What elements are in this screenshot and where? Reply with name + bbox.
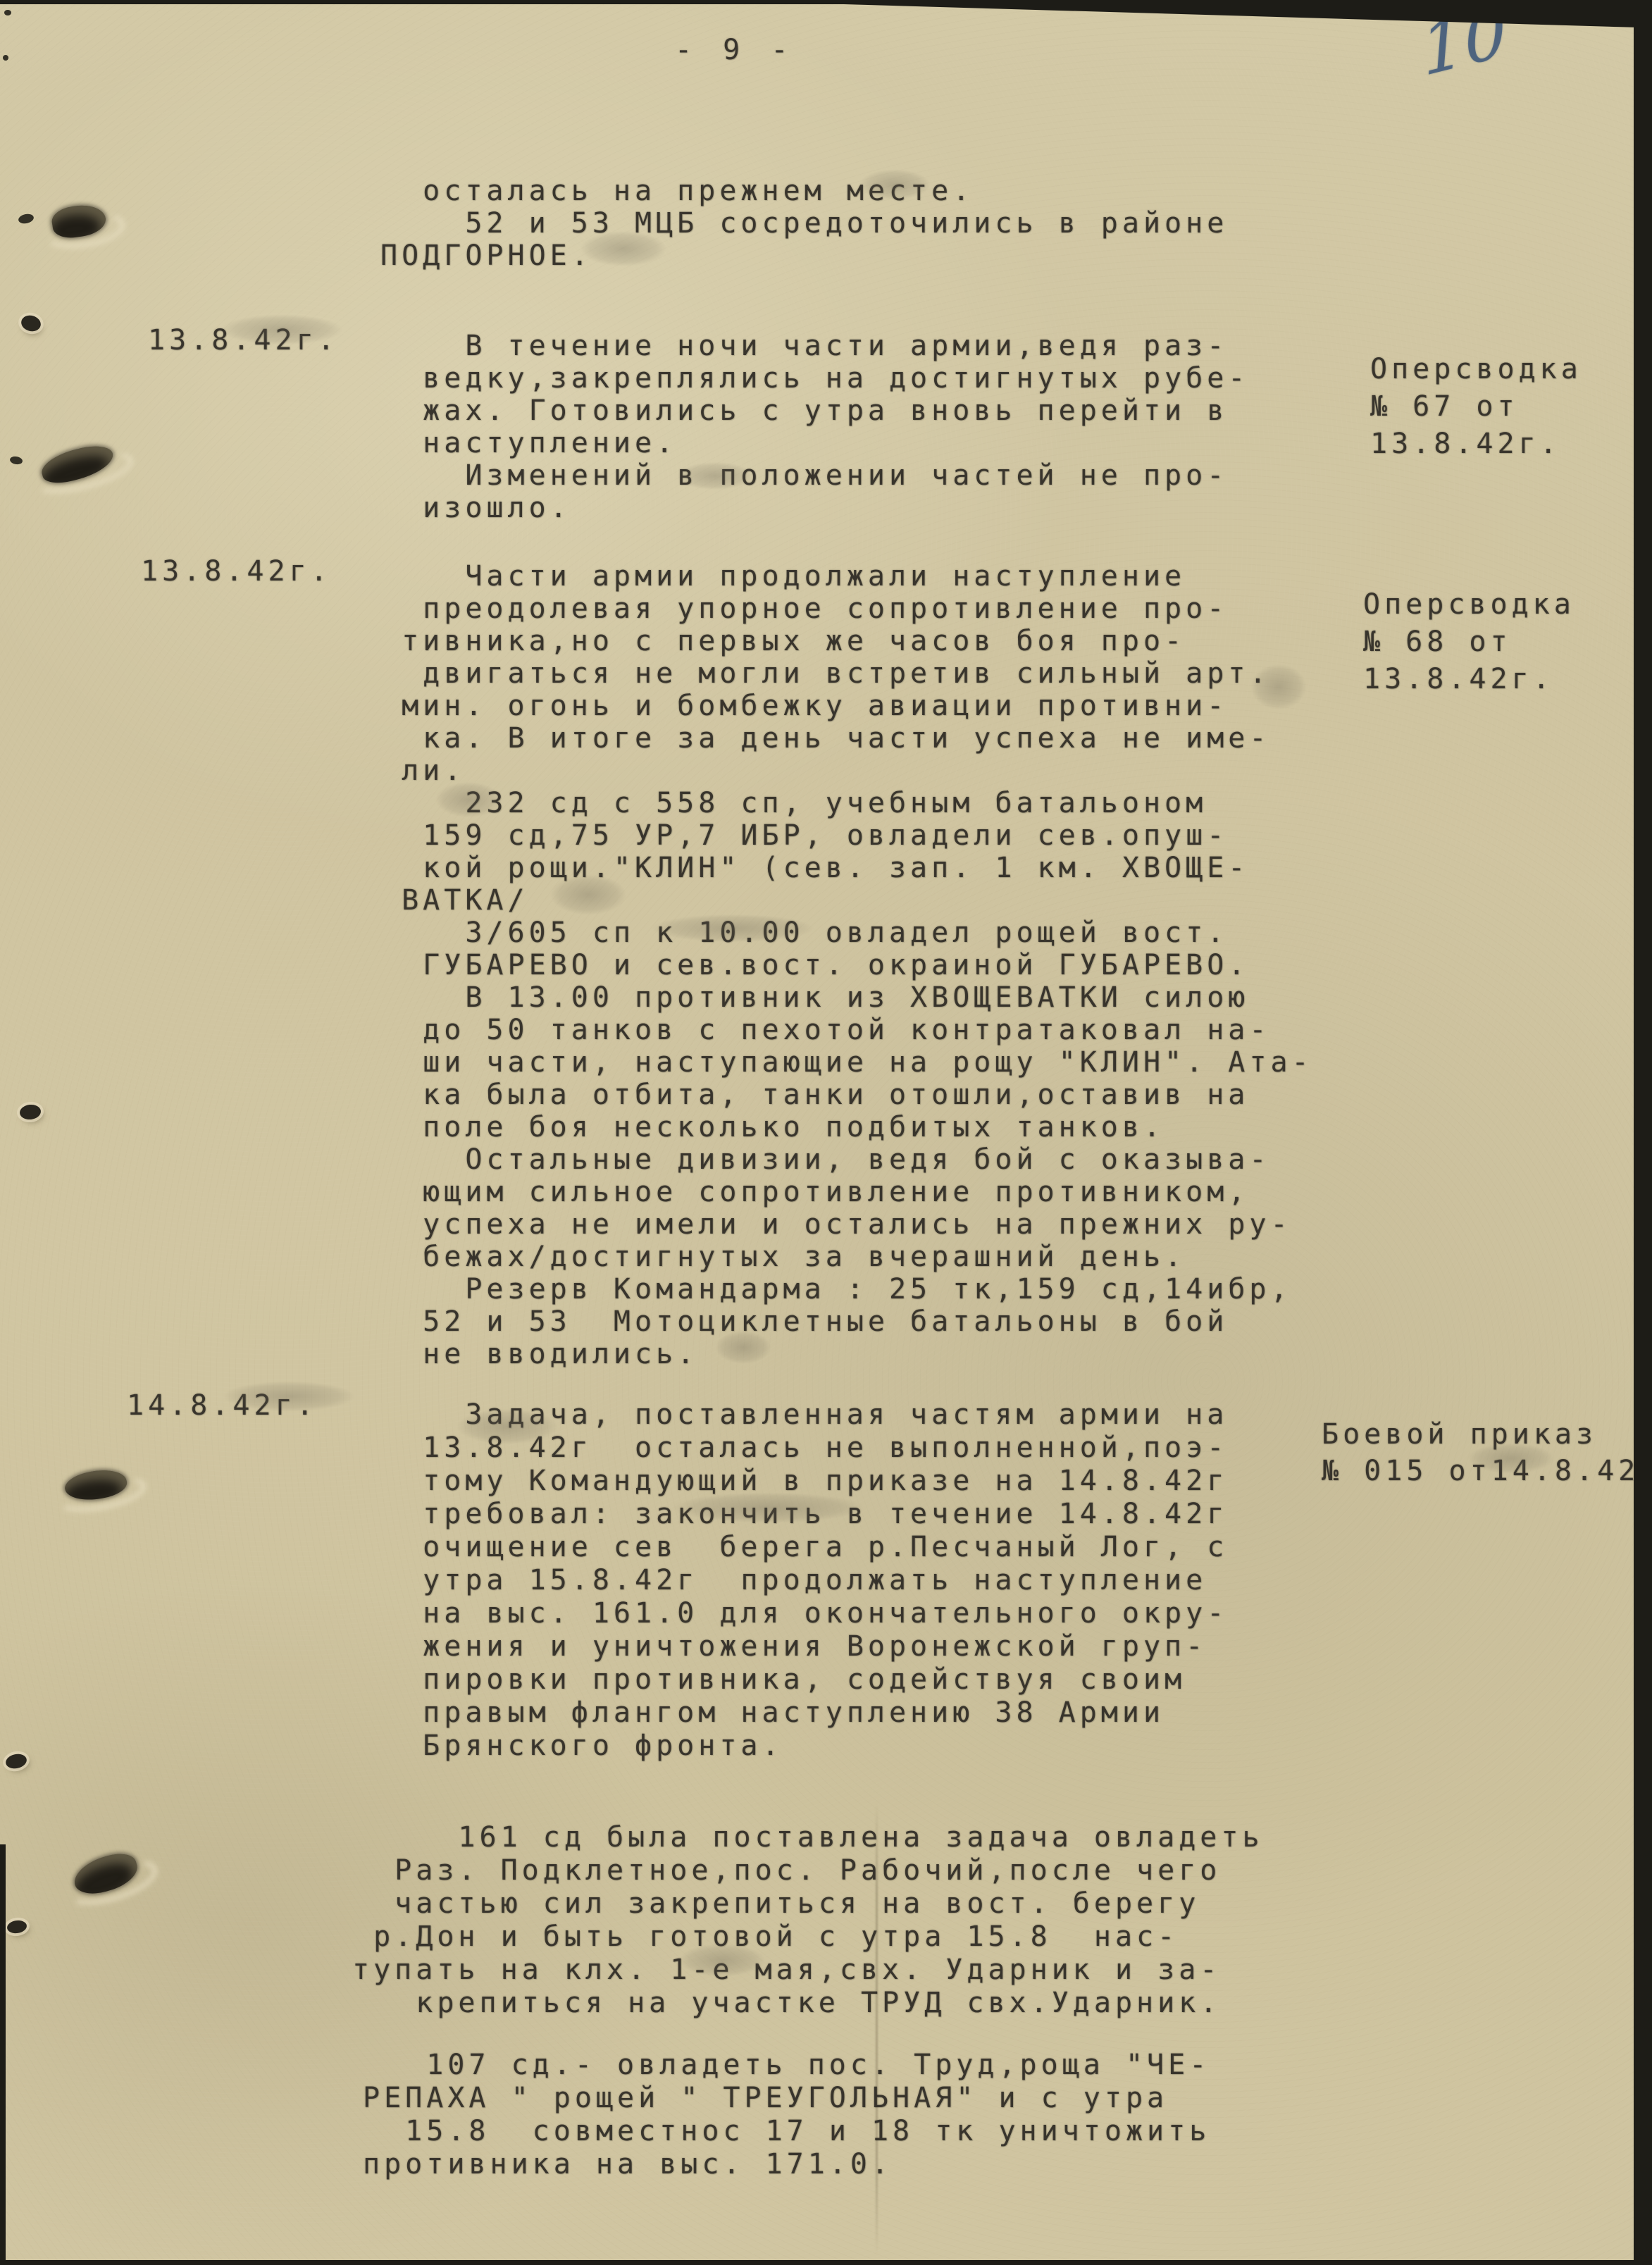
body-paragraph-4: Задача, поставленная частям армии на 13.…	[380, 1398, 1228, 1763]
margin-date-1: 13.8.42г.	[148, 324, 339, 356]
page-number: - 9 -	[675, 34, 795, 66]
scan-edge-top	[0, 0, 845, 4]
body-paragraph-5: 161 сд была поставлена задача овладеть Р…	[352, 1821, 1264, 2020]
scan-edge-bottom-left	[0, 1844, 6, 2265]
scanned-document-page: - 9 - 10 13.8.42г. 13.8.42г. 14.8.42г. О…	[0, 0, 1652, 2265]
scan-edge-right	[1634, 0, 1652, 2265]
margin-date-2: 13.8.42г.	[141, 555, 332, 588]
body-paragraph-6: 107 сд.- овладеть пос. Труд,роща "ЧЕ- РЕ…	[363, 2049, 1210, 2181]
paper-speck	[3, 55, 8, 61]
body-paragraph-3: Части армии продолжали наступление преод…	[380, 560, 1313, 1370]
paper-speck	[4, 10, 11, 15]
margin-note-opersvodka-67: Оперсводка № 67 от 13.8.42г.	[1370, 351, 1582, 463]
margin-date-3: 14.8.42г.	[127, 1389, 318, 1422]
margin-note-boevoy-prikaz-015: Боевой приказ № 015 от14.8.42	[1322, 1416, 1639, 1489]
body-paragraph-1: осталась на прежнем месте. 52 и 53 МЦБ с…	[380, 175, 1228, 272]
scan-edge-bottom	[0, 2260, 1652, 2265]
body-paragraph-2: В течение ночи части армии,ведя раз- вед…	[380, 330, 1249, 524]
margin-note-opersvodka-68: Оперсводка № 68 от 13.8.42г.	[1363, 586, 1575, 698]
